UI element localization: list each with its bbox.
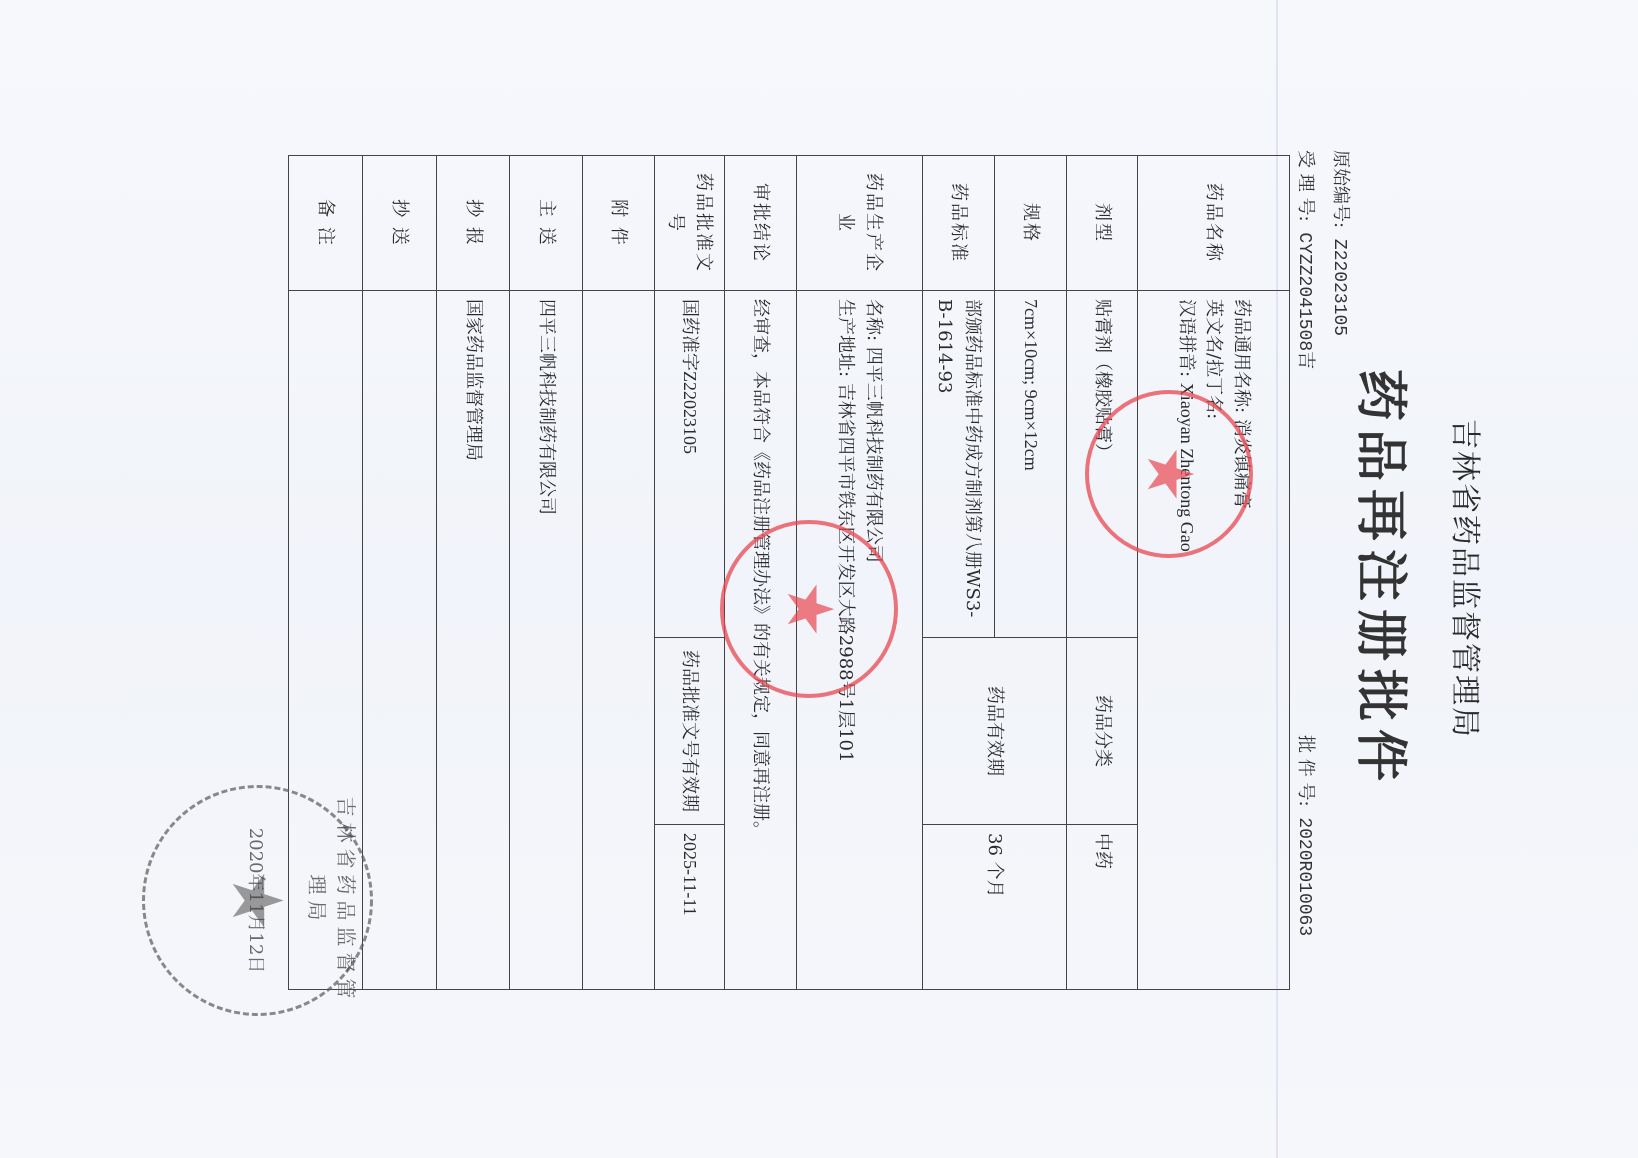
agency-seal-date: 2020年11月12日: [245, 828, 271, 974]
original-number: 原始编号: Z22023105: [1329, 150, 1355, 336]
report-to-label: 抄 报: [437, 156, 510, 291]
row-report-to: 抄 报 国家药品监督管理局: [437, 156, 510, 990]
acceptance-number-value: CYZZ2041508吉: [1294, 232, 1314, 369]
copy-to-value: [363, 291, 437, 990]
conclusion-label: 审批结论: [725, 156, 797, 291]
main-recipient-label: 主 送: [510, 156, 583, 291]
company-stamp-top: ★: [1085, 390, 1253, 558]
standard-value: 部颁药品标准中药成方制剂第八册WS3-B-1614-93: [923, 291, 995, 638]
approval-number-value: 2020R010063: [1294, 817, 1314, 936]
category-label: 药品分类: [1067, 638, 1138, 825]
remarks-label: 备 注: [289, 156, 363, 291]
original-number-label: 原始编号:: [1330, 150, 1351, 228]
main-recipient-value: 四平三帆科技制药有限公司: [510, 291, 583, 990]
approval-number: 批 件 号: 2020R010063: [1294, 735, 1320, 936]
drug-validity-label: 药品有效期: [923, 638, 1067, 825]
dosage-form-label: 剂型: [1067, 156, 1138, 291]
row-attachment: 附 件: [583, 156, 655, 990]
drug-name-label: 药品名称: [1138, 156, 1290, 291]
agency-seal: 吉林省药品监督管理局 ★ 2020年11月12日: [142, 785, 373, 1016]
row-drug-name: 药品名称 药品通用名称: 消炎镇痛膏 英文名/拉丁名: 汉语拼音: Xiaoya…: [1138, 156, 1290, 990]
row-copy-to: 抄 送: [363, 156, 437, 990]
approval-validity-value: 2025-11-11: [655, 825, 725, 990]
category-value: 中药: [1067, 825, 1138, 990]
issuing-agency: 吉林省药品监督管理局: [1446, 0, 1490, 1158]
approval-number-label: 批 件 号:: [1295, 735, 1316, 807]
company-stamp-middle: ★: [720, 520, 898, 698]
specification-value: 7cm×10cm; 9cm×12cm: [995, 291, 1067, 638]
drug-validity-value: 36 个月: [923, 825, 1067, 990]
attachment-label: 附 件: [583, 156, 655, 291]
attachment-value: [583, 291, 655, 990]
manufacturer-name-value: 四平三帆科技制药有限公司: [863, 347, 884, 563]
original-number-value: Z22023105: [1329, 239, 1349, 336]
document-title: 药品再注册批件: [1348, 0, 1423, 1158]
row-approval-number: 药品批准文号 国药准字Z22023105 药品批准文号有效期 2025-11-1…: [655, 156, 725, 990]
acceptance-number: 受 理 号: CYZZ2041508吉: [1294, 150, 1320, 369]
manufacturer-name-label: 名称:: [863, 299, 884, 341]
star-icon: ★: [1137, 445, 1201, 502]
standard-label: 药品标准: [923, 156, 995, 291]
copy-to-label: 抄 送: [363, 156, 437, 291]
star-icon: ★: [777, 580, 841, 637]
acceptance-number-label: 受 理 号:: [1295, 150, 1316, 222]
approval-number-row-value: 国药准字Z22023105: [655, 291, 725, 638]
row-specification: 规格 7cm×10cm; 9cm×12cm 药品有效期 36 个月: [995, 156, 1067, 990]
generic-name-label: 药品通用名称:: [1231, 299, 1252, 413]
report-to-value: 国家药品监督管理局: [437, 291, 510, 990]
document-page: 吉林省药品监督管理局 药品再注册批件 原始编号: Z22023105 受 理 号…: [0, 0, 1638, 1158]
specification-label: 规格: [995, 156, 1067, 291]
approval-number-row-label: 药品批准文号: [655, 156, 725, 291]
approval-validity-label: 药品批准文号有效期: [655, 638, 725, 825]
manufacturer-address-label: 生产地址:: [836, 299, 857, 377]
row-main-recipient: 主 送 四平三帆科技制药有限公司: [510, 156, 583, 990]
agency-seal-text: 吉林省药品监督管理局: [304, 788, 362, 1013]
pinyin-label: 汉语拼音:: [1176, 299, 1197, 377]
manufacturer-label: 药品生产企业: [797, 156, 923, 291]
row-dosage-form: 剂型 贴膏剂（橡胶贴膏） 药品分类 中药: [1067, 156, 1138, 990]
